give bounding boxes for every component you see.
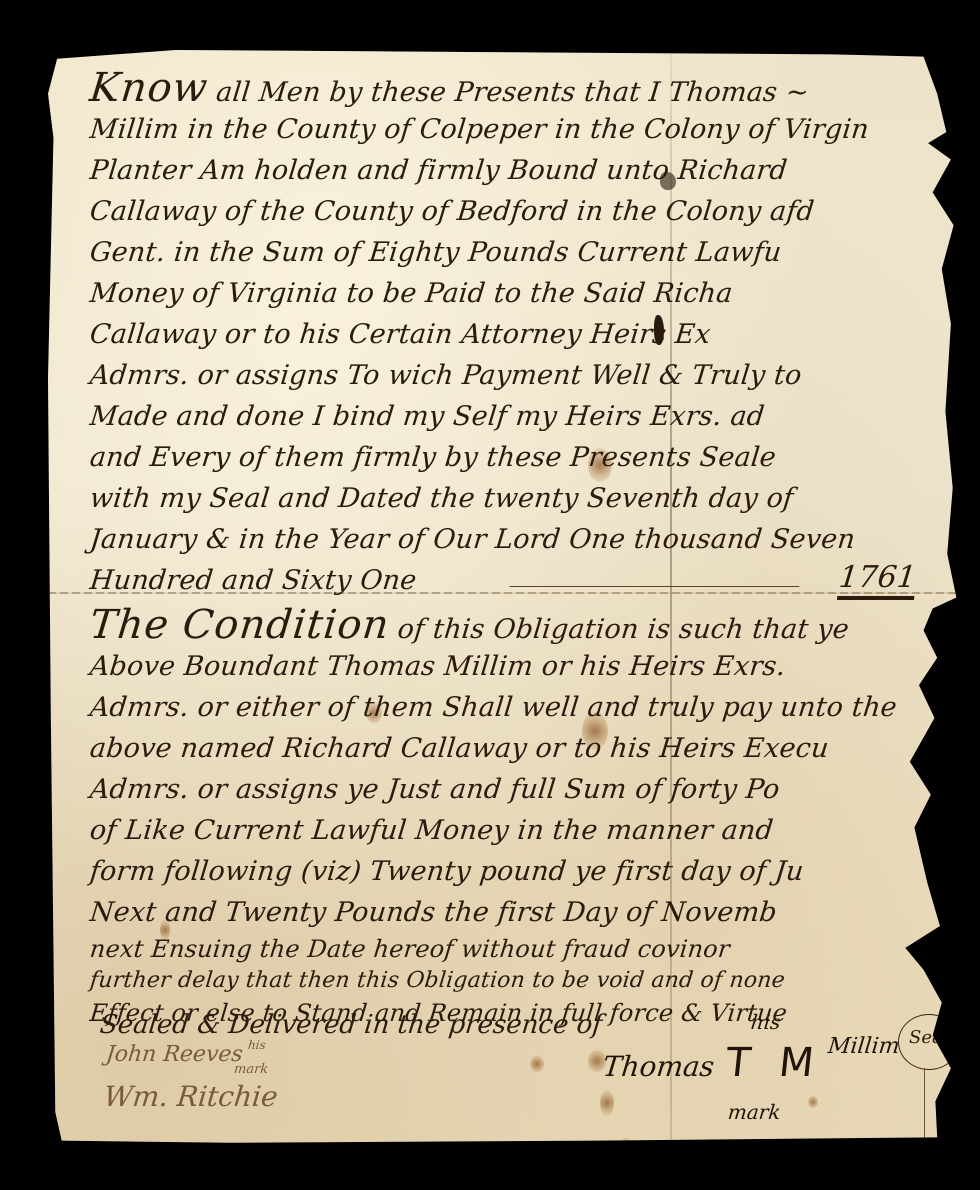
condition-line: further delay that then this Obligation … — [88, 965, 941, 997]
signatory-mark-glyph: T M — [724, 1040, 825, 1086]
condition-line: The Condition of this Obligation is such… — [88, 605, 942, 646]
signatory-last-name: Millim — [827, 1034, 901, 1059]
bond-line: Millim in the County of Colpeper in the … — [88, 109, 942, 150]
bond-line: Callaway or to his Certain Attorney Heir… — [88, 314, 942, 355]
bond-line: Callaway of the County of Bedford in the… — [88, 191, 942, 232]
year-figure: 1761 — [837, 560, 918, 600]
bond-line: Money of Virginia to be Paid to the Said… — [88, 273, 942, 314]
bond-line: Made and done I bind my Self my Heirs Ex… — [88, 396, 942, 437]
seal-circle: Seal — [898, 1014, 960, 1070]
condition-line: Admrs. or assigns ye Just and full Sum o… — [88, 769, 942, 810]
signatory-first-name: Thomas — [601, 1050, 716, 1083]
bond-line: Admrs. or assigns To wich Payment Well &… — [88, 355, 942, 396]
condition-line: above named Richard Callaway or to his H… — [88, 728, 942, 769]
condition-line: Next and Twenty Pounds the first Day of … — [88, 892, 942, 933]
bond-line: Hundred and Sixty One 1761 — [88, 560, 942, 601]
witness-john-reeves: John Reeves — [105, 1042, 244, 1067]
bond-line: with my Seal and Dated the twenty Sevent… — [88, 478, 942, 519]
bond-line: January & in the Year of Our Lord One th… — [88, 519, 942, 560]
bond-line: Gent. in the Sum of Eighty Pounds Curren… — [88, 232, 942, 273]
condition-line: next Ensuing the Date hereof without fra… — [88, 933, 941, 965]
bond-line: and Every of them firmly by these Presen… — [88, 437, 942, 478]
attestation-text: Sealed & Delivered in the presence of — [98, 1010, 603, 1040]
bond-text: Know all Men by these Presents that I Th… — [90, 68, 940, 1029]
stain — [620, 1138, 632, 1152]
bond-line: Planter Am holden and firmly Bound unto … — [88, 150, 942, 191]
bond-line: Know all Men by these Presents that I Th… — [88, 68, 942, 109]
witness-mark-label: mark — [233, 1062, 269, 1077]
witness-his-label: his — [247, 1038, 266, 1052]
signatory-his-label: his — [750, 1010, 782, 1034]
condition-line: of Like Current Lawful Money in the mann… — [88, 810, 942, 851]
seal-label: Seal — [909, 1027, 948, 1048]
condition-line: Above Boundant Thomas Millim or his Heir… — [88, 646, 942, 687]
witness-wm-ritchie: Wm. Ritchie — [102, 1080, 279, 1113]
document-paper: Know all Men by these Presents that I Th… — [48, 50, 960, 1145]
signature-area: Sealed & Delivered in the presence of Jo… — [48, 1010, 960, 1130]
signatory-mark-label: mark — [727, 1100, 782, 1124]
condition-line: form following (viz) Twenty pound ye fir… — [88, 851, 942, 892]
seal-line — [924, 1068, 925, 1148]
condition-line: Admrs. or either of them Shall well and … — [88, 687, 942, 728]
flourish-rule — [509, 586, 799, 587]
